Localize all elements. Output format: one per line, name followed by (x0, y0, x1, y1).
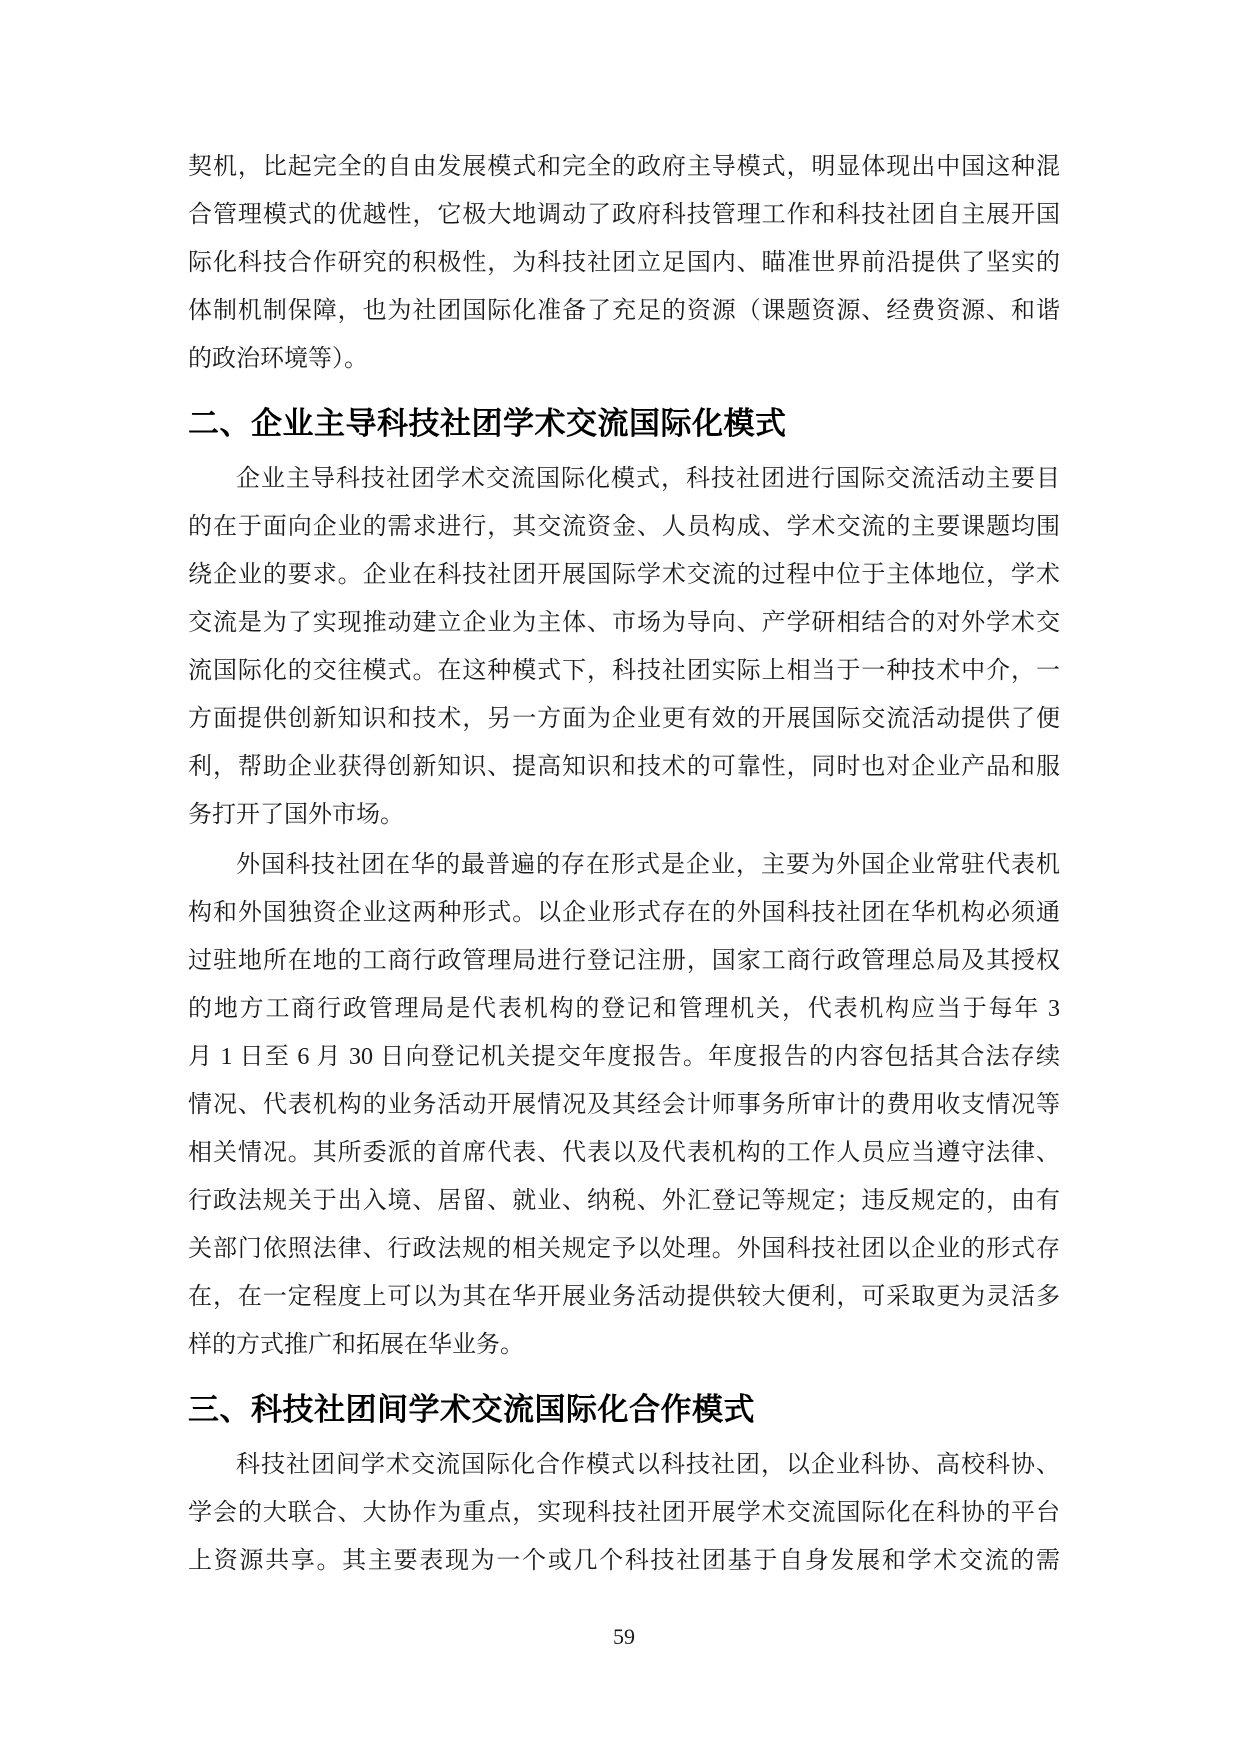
text-line: 关部门依照法律、行政法规的相关规定予以处理。外国科技社团以企业的形式存 (188, 1225, 1060, 1273)
text-line: 的地方工商行政管理局是代表机构的登记和管理机关，代表机构应当于每年 3 (188, 985, 1060, 1033)
text-line: 绕企业的要求。企业在科技社团开展国际学术交流的过程中位于主体地位，学术 (188, 551, 1060, 599)
text-line: 际化科技合作研究的积极性，为科技社团立足国内、瞄准世界前沿提供了坚实的 (188, 239, 1060, 287)
text-line: 企业主导科技社团学术交流国际化模式，科技社团进行国际交流活动主要目 (188, 455, 1060, 503)
document-page: 契机，比起完全的自由发展模式和完全的政府主导模式，明显体现出中国这种混合管理模式… (0, 0, 1240, 1753)
text-line: 务打开了国外市场。 (188, 791, 1060, 839)
section-heading: 三、科技社团间学术交流国际化合作模式 (188, 1386, 1060, 1434)
text-line: 的在于面向企业的需求进行，其交流资金、人员构成、学术交流的主要课题均围 (188, 503, 1060, 551)
text-line: 科技社团间学术交流国际化合作模式以科技社团，以企业科协、高校科协、 (188, 1441, 1060, 1489)
text-line: 行政法规关于出入境、居留、就业、纳税、外汇登记等规定；违反规定的，由有 (188, 1177, 1060, 1225)
text-line: 交流是为了实现推动建立企业为主体、市场为导向、产学研相结合的对外学术交 (188, 599, 1060, 647)
section-heading: 二、企业主导科技社团学术交流国际化模式 (188, 400, 1060, 448)
text-line: 构和外国独资企业这两种形式。以企业形式存在的外国科技社团在华机构必须通 (188, 889, 1060, 937)
text-line: 的政治环境等）。 (188, 335, 1060, 383)
text-line: 上资源共享。其主要表现为一个或几个科技社团基于自身发展和学术交流的需 (188, 1537, 1060, 1585)
paragraph: 科技社团间学术交流国际化合作模式以科技社团，以企业科协、高校科协、学会的大联合、… (188, 1441, 1060, 1585)
paragraph: 企业主导科技社团学术交流国际化模式，科技社团进行国际交流活动主要目的在于面向企业… (188, 455, 1060, 839)
page-number: 59 (188, 1622, 1060, 1652)
text-line: 契机，比起完全的自由发展模式和完全的政府主导模式，明显体现出中国这种混 (188, 143, 1060, 191)
text-line: 利，帮助企业获得创新知识、提高知识和技术的可靠性，同时也对企业产品和服 (188, 743, 1060, 791)
text-line: 方面提供创新知识和技术，另一方面为企业更有效的开展国际交流活动提供了便 (188, 695, 1060, 743)
text-line: 过驻地所在地的工商行政管理局进行登记注册，国家工商行政管理总局及其授权 (188, 937, 1060, 985)
paragraph: 契机，比起完全的自由发展模式和完全的政府主导模式，明显体现出中国这种混合管理模式… (188, 143, 1060, 383)
text-line: 在，在一定程度上可以为其在华开展业务活动提供较大便利，可采取更为灵活多 (188, 1273, 1060, 1321)
text-line: 外国科技社团在华的最普遍的存在形式是企业，主要为外国企业常驻代表机 (188, 841, 1060, 889)
text-line: 月 1 日至 6 月 30 日向登记机关提交年度报告。年度报告的内容包括其合法存… (188, 1033, 1060, 1081)
paragraph: 外国科技社团在华的最普遍的存在形式是企业，主要为外国企业常驻代表机构和外国独资企… (188, 841, 1060, 1369)
text-line: 情况、代表机构的业务活动开展情况及其经会计师事务所审计的费用收支情况等 (188, 1081, 1060, 1129)
text-line: 体制机制保障，也为社团国际化准备了充足的资源（课题资源、经费资源、和谐 (188, 287, 1060, 335)
text-line: 相关情况。其所委派的首席代表、代表以及代表机构的工作人员应当遵守法律、 (188, 1129, 1060, 1177)
document-content: 契机，比起完全的自由发展模式和完全的政府主导模式，明显体现出中国这种混合管理模式… (188, 143, 1060, 1585)
text-line: 合管理模式的优越性，它极大地调动了政府科技管理工作和科技社团自主展开国 (188, 191, 1060, 239)
text-line: 学会的大联合、大协作为重点，实现科技社团开展学术交流国际化在科协的平台 (188, 1489, 1060, 1537)
text-line: 样的方式推广和拓展在华业务。 (188, 1321, 1060, 1369)
text-line: 流国际化的交往模式。在这种模式下，科技社团实际上相当于一种技术中介，一 (188, 647, 1060, 695)
